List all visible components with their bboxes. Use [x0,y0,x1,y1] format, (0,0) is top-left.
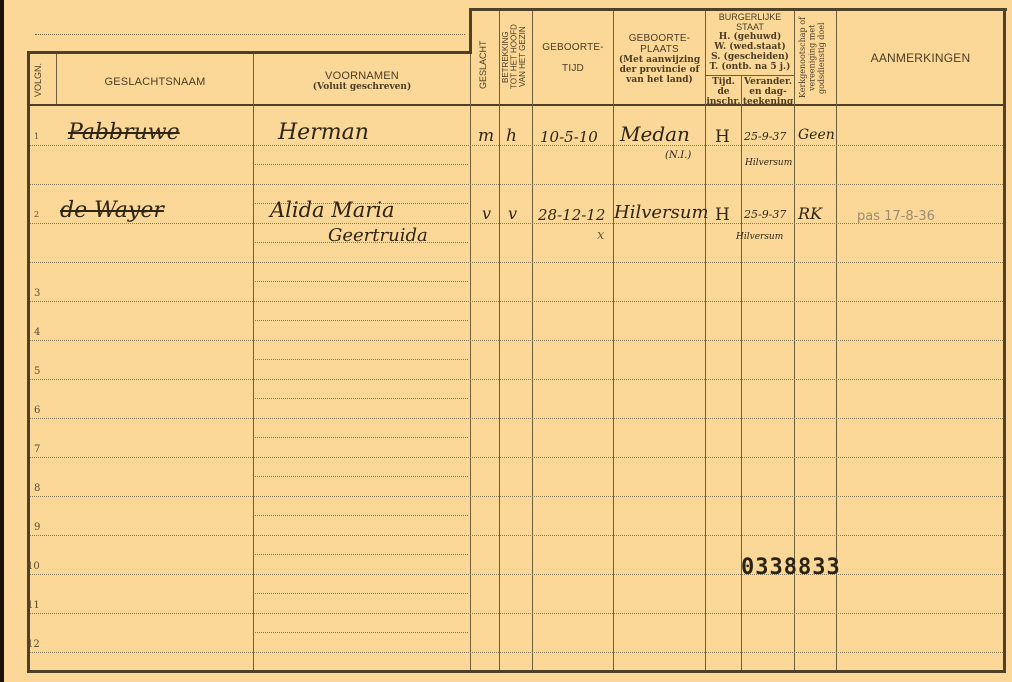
row-number: 12 [27,639,40,650]
first-names-continued: Geertruida [328,225,428,246]
row-number: 7 [34,444,40,455]
header-burgerlijke-h: H. (gehuwd) [706,32,794,42]
header-burgerlijke-s: S. (gescheiden) [706,52,794,62]
row-number: 1 [34,132,39,141]
header-tijd-3: inschr. [706,97,741,107]
row-number: 3 [34,288,40,299]
row-number: 2 [34,210,39,219]
header-burgerlijke-w: W. (wed.staat) [706,42,794,52]
row-number: 5 [34,366,40,377]
change-place: Hilversum [745,158,792,168]
header-geboorteplaats: GEBOORTE- PLAATS (Met aanwijzing der pro… [614,33,705,85]
header-aanmerkingen: AANMERKINGEN [837,51,1004,65]
civil-status: H [715,205,730,225]
relation-to-head: h [506,126,517,146]
header-geboortetijd: GEBOORTE- TIJD [533,42,613,74]
row-number: 8 [34,483,40,494]
row-number: 11 [27,600,40,611]
change-place: Hilversum [736,232,783,242]
header-voornamen-sub: (Voluit geschreven) [254,82,470,92]
header-geboorteplaats-sub1: (Met aanwijzing [614,55,705,65]
header-kerk-1: Kerkgenootschap of [798,18,807,99]
row-number: 4 [34,327,40,338]
header-kerkgenootschap: Kerkgenootschap of vereeniging met godsd… [798,12,827,104]
header-kerk-3: godsdienstig doel [817,22,826,94]
birth-date-mark: x [597,228,604,243]
row-number: 10 [27,561,40,572]
top-dotted-line [35,34,465,35]
header-voornamen-title: VOORNAMEN [254,70,470,82]
change-date: 25-9-37 [744,130,786,143]
remarks: pas 17-8-36 [857,209,935,224]
header-geboortetijd-2: TIJD [533,63,613,74]
header-geboorteplaats-sub2: der provincie of [614,65,705,75]
header-tijd-2: de [706,87,741,97]
religion: RK [798,204,822,223]
header-burgerlijke-t: T. (ontb. na 5 j.) [706,62,794,72]
header-verander-3: teekening [742,97,794,107]
header-kerk-2: vereeniging met [808,25,817,91]
header-burgerlijke-1: BURGERLIJKE [706,12,794,22]
surname: de Wayer [60,198,164,223]
birth-date: 28-12-12 [538,206,605,224]
birth-place: Hilversum [614,202,709,223]
birth-place: Medan [620,122,690,146]
birth-date: 10-5-10 [540,128,598,146]
first-names: Alida Maria [270,198,395,222]
header-verander-2: en dag- [742,87,794,97]
header-burgerlijke-2: STAAT [706,22,794,32]
sex: v [482,204,491,223]
civil-status: H [715,127,730,147]
card-number-stamp: 0338833 [741,555,841,580]
sex: m [478,126,494,146]
religion: Geen [798,127,835,143]
header-geboortetijd-1: GEBOORTE- [533,42,613,53]
row-number: 9 [34,522,40,533]
surname: Pabbruwe [68,120,180,145]
header-burgerlijke-staat: BURGERLIJKE STAAT H. (gehuwd) W. (wed.st… [706,12,794,72]
header-volgn: VOLGN. [34,60,43,100]
row-number: 6 [34,405,40,416]
scan-edge [0,0,4,682]
first-names: Herman [278,120,369,145]
header-tijd-1: Tijd. [706,77,741,87]
header-geboorteplaats-1: GEBOORTE- [614,33,705,44]
header-betrekking-3: VAN HET GEZIN [518,27,527,88]
header-geslacht: GESLACHT [479,30,488,100]
header-voornamen: VOORNAMEN (Voluit geschreven) [254,70,470,92]
change-date: 25-9-37 [744,208,786,221]
header-geboorteplaats-2: PLAATS [614,44,705,55]
header-tijd-inschr: Tijd. de inschr. [706,77,741,107]
relation-to-head: v [508,204,517,223]
header-geboorteplaats-sub3: van het land) [614,75,705,85]
header-betrekking: BETREKKING TOT HET HOOFD VAN HET GEZIN [502,12,528,102]
header-verander-1: Verander. [742,77,794,87]
header-verander: Verander. en dag- teekening [742,77,794,107]
birth-place-region: (N.I.) [665,150,691,161]
header-geslachtsnaam: GESLACHTSNAAM [57,76,253,88]
